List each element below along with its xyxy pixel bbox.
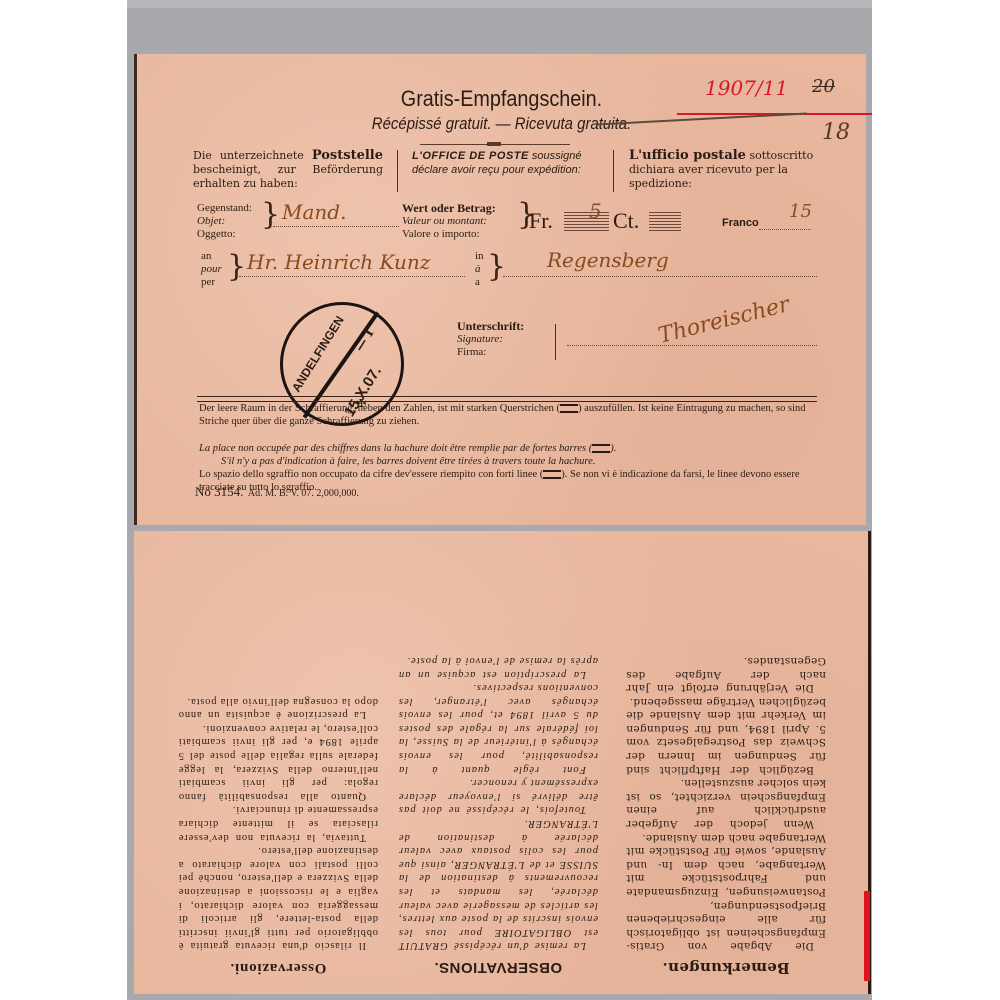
signature-value[interactable]: Thoreischer [656, 292, 792, 349]
remarks-heading-italian: Osservazioni. [178, 960, 378, 974]
destination-value[interactable]: Regensberg [547, 248, 669, 272]
red-date-annotation: 1907/11 [705, 76, 788, 100]
title-divider-ornament [487, 142, 501, 146]
bar-symbol-icon [560, 404, 578, 413]
franco-label: Franco [722, 217, 759, 230]
object-field-line [273, 226, 399, 227]
column-divider [397, 150, 398, 192]
object-labels: Gegenstand: Objet: Oggetto: [197, 202, 252, 241]
postmark-town: ANDELFINGEN [289, 313, 347, 394]
addressee-value[interactable]: Hr. Heinrich Kunz [247, 250, 430, 274]
struck-number: 20 [812, 76, 835, 97]
intro-italian: L'ufficio postale sottoscritto dichiara … [629, 149, 829, 191]
object-value[interactable]: Mand. [282, 200, 346, 224]
form-number: No 3154. [195, 484, 243, 499]
reverse-content-rotated: Bemerkungen. Die Abgabe von Gratis-Empfa… [134, 531, 868, 994]
remarks-french: OBSERVATIONS. La remise d'un récépissé G… [398, 653, 598, 974]
bar-symbol-icon [592, 444, 610, 453]
red-mark [864, 891, 870, 981]
column-divider [613, 150, 614, 192]
remarks-italian: Osservazioni. Il rilascio d'una ricevuta… [178, 694, 378, 974]
currency-centimes: Ct. [613, 208, 639, 234]
signature-field-line [567, 345, 817, 346]
centimes-hatching [649, 212, 681, 232]
in-labels: in à a [475, 250, 484, 289]
addressee-field-line [239, 276, 465, 277]
destination-field-line [503, 276, 817, 277]
currency-francs: Fr. [529, 208, 553, 234]
note-german: Der leere Raum in der Schraffierung, neb… [199, 402, 819, 428]
sleeve-top-edge [127, 0, 872, 8]
value-labels: Wert oder Betrag: Valeur ou montant: Val… [402, 202, 496, 241]
signature-divider [555, 324, 556, 360]
brace: } [487, 252, 506, 282]
print-info: Ad. M. B. V. 07. 2,000,000. [248, 488, 359, 499]
bar-symbol-icon [543, 470, 561, 479]
francs-value[interactable]: 5 [589, 199, 602, 223]
franco-field-line [759, 229, 811, 230]
franco-value[interactable]: 15 [789, 201, 812, 222]
receipt-front: Gratis-Empfangschein. Récépissé gratuit.… [137, 54, 866, 525]
receipt-reverse: Bemerkungen. Die Abgabe von Gratis-Empfa… [134, 531, 868, 994]
note-french: La place non occupée par des chiffres da… [199, 442, 819, 468]
intro-french: L'OFFICE DE POSTE soussigné déclare avoi… [412, 149, 597, 177]
pencil-number: 18 [822, 120, 850, 145]
postmark-time: — I [352, 327, 377, 355]
to-labels: an pour per [201, 250, 222, 289]
imprint: No 3154. Ad. M. B. V. 07. 2,000,000. [195, 484, 359, 500]
francs-hatching [564, 212, 609, 232]
intro-german: Die unterzeichnete Poststelle bescheinig… [193, 149, 383, 191]
signature-labels: Unterschrift: Signature: Firma: [457, 320, 524, 359]
remarks-german: Bemerkungen. Die Abgabe von Gratis-Empfa… [626, 653, 826, 974]
brace: } [227, 252, 246, 282]
remarks-heading-german: Bemerkungen. [626, 960, 826, 974]
remarks-heading-french: OBSERVATIONS. [398, 960, 598, 974]
